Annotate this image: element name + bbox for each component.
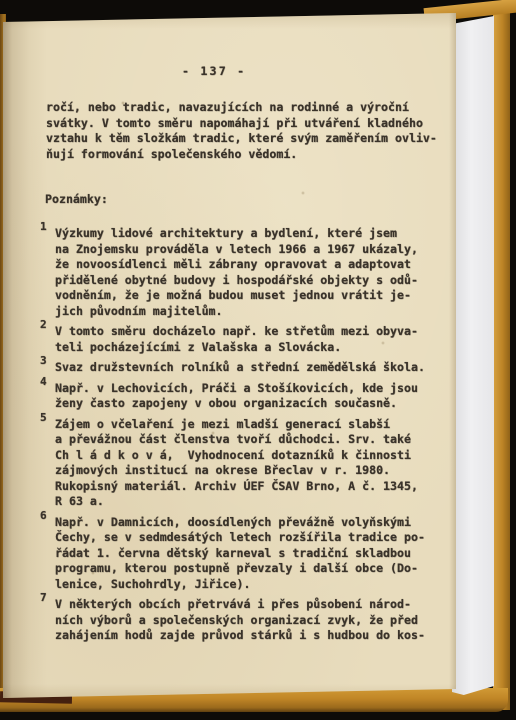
footnote-line: programu, kterou postupně převzaly i dal… xyxy=(55,561,425,577)
footnote-line: ních výborů a společenských organizací z… xyxy=(55,613,425,629)
footnote-line: zájmových institucí na okrese Břeclav v … xyxy=(55,463,418,479)
footnote-line: Rukopisný materiál. Archiv ÚEF ČSAV Brno… xyxy=(55,479,418,495)
footnote-text: Svaz družstevních rolníků a střední země… xyxy=(55,360,425,376)
footnote-number: 3 xyxy=(40,353,55,369)
footnote-line: Ch l á d k o v á, Vyhodnocení dotazníků … xyxy=(55,448,418,464)
footnote-line: zahájením hodů zajde průvod stárků i s h… xyxy=(55,628,425,644)
footnote-text: Zájem o včelaření je mezi mladší generac… xyxy=(55,417,418,510)
footnote-line: V některých obcích přetrvává i přes půso… xyxy=(55,597,425,613)
footnote-line: lenice, Suchohrdly, Jiřice). xyxy=(55,577,425,593)
footnotes-list: 1Výzkumy lidové architektury a bydlení, … xyxy=(40,226,425,649)
footnote: 7V některých obcích přetrvává i přes půs… xyxy=(40,597,425,644)
notes-heading: Poznámky: xyxy=(45,192,108,208)
footnote-number: 6 xyxy=(40,508,55,524)
footnote-line: teli pocházejícími z Valašska a Slovácka… xyxy=(55,340,418,356)
footnote-text: V některých obcích přetrvává i přes půso… xyxy=(55,597,425,644)
footnote-line: přidělené obytné budovy i hospodářské ob… xyxy=(55,273,418,289)
body-paragraph: ročí, nebo tradic, navazujících na rodin… xyxy=(46,100,437,162)
footnote: 2V tomto směru docházelo např. ke střetů… xyxy=(40,324,425,355)
footnote-text: V tomto směru docházelo např. ke střetům… xyxy=(55,324,418,355)
footnote-number: 4 xyxy=(40,374,55,390)
paragraph-line: ňují formování společenského vědomí. xyxy=(46,147,437,163)
footnote-line: V tomto směru docházelo např. ke střetům… xyxy=(55,324,418,340)
footnote-line: jich původním majitelům. xyxy=(55,304,418,320)
footnote-text: Např. v Lechovicích, Práči a Stošíkovicí… xyxy=(55,381,418,412)
footnote-text: Výzkumy lidové architektury a bydlení, k… xyxy=(55,226,418,319)
footnote-line: Výzkumy lidové architektury a bydlení, k… xyxy=(55,226,418,242)
footnote-text: Např. v Damnicích, doosídlených převážně… xyxy=(55,515,425,593)
paragraph-line: vztahu k těm složkám tradic, které svým … xyxy=(46,131,437,147)
footnote-number: 7 xyxy=(40,590,55,606)
footnote-number: 5 xyxy=(40,410,55,426)
footnote-line: Např. v Damnicích, doosídlených převážně… xyxy=(55,515,425,531)
page-content: - 137 - ročí, nebo tradic, navazujících … xyxy=(0,0,516,720)
footnote-line: R 63 a. xyxy=(55,494,418,510)
footnote-line: a převážnou část členstva tvoří důchodci… xyxy=(55,432,418,448)
book-scan-scene: - 137 - ročí, nebo tradic, navazujících … xyxy=(0,0,516,720)
page-number: - 137 - xyxy=(182,64,246,80)
footnote: 6Např. v Damnicích, doosídlených převážn… xyxy=(40,515,425,593)
footnote-number: 1 xyxy=(40,219,55,235)
footnote-line: na Znojemsku prováděla v letech 1966 a 1… xyxy=(55,242,418,258)
footnote-line: Čechy, se v sedmdesátých letech rozšířil… xyxy=(55,530,425,546)
paragraph-line: ročí, nebo tradic, navazujících na rodin… xyxy=(46,100,437,116)
footnote-line: ženy často zapojeny v obou organizacích … xyxy=(55,396,418,412)
footnote-line: že novoosídlenci měli zábrany opravovat … xyxy=(55,257,418,273)
footnote-line: řádat 1. června dětský karneval s tradič… xyxy=(55,546,425,562)
footnote: 1Výzkumy lidové architektury a bydlení, … xyxy=(40,226,425,319)
footnote-line: Svaz družstevních rolníků a střední země… xyxy=(55,360,425,376)
footnote: 3Svaz družstevních rolníků a střední zem… xyxy=(40,360,425,376)
footnote-number: 2 xyxy=(40,317,55,333)
footnote-line: Zájem o včelaření je mezi mladší generac… xyxy=(55,417,418,433)
footnote: 5Zájem o včelaření je mezi mladší genera… xyxy=(40,417,425,510)
paragraph-line: svátky. V tomto směru napomáhají při utv… xyxy=(46,116,437,132)
footnote-line: vodněním, že je možná budou muset jednou… xyxy=(55,288,418,304)
footnote: 4Např. v Lechovicích, Práči a Stošíkovic… xyxy=(40,381,425,412)
footnote-line: Např. v Lechovicích, Práči a Stošíkovicí… xyxy=(55,381,418,397)
